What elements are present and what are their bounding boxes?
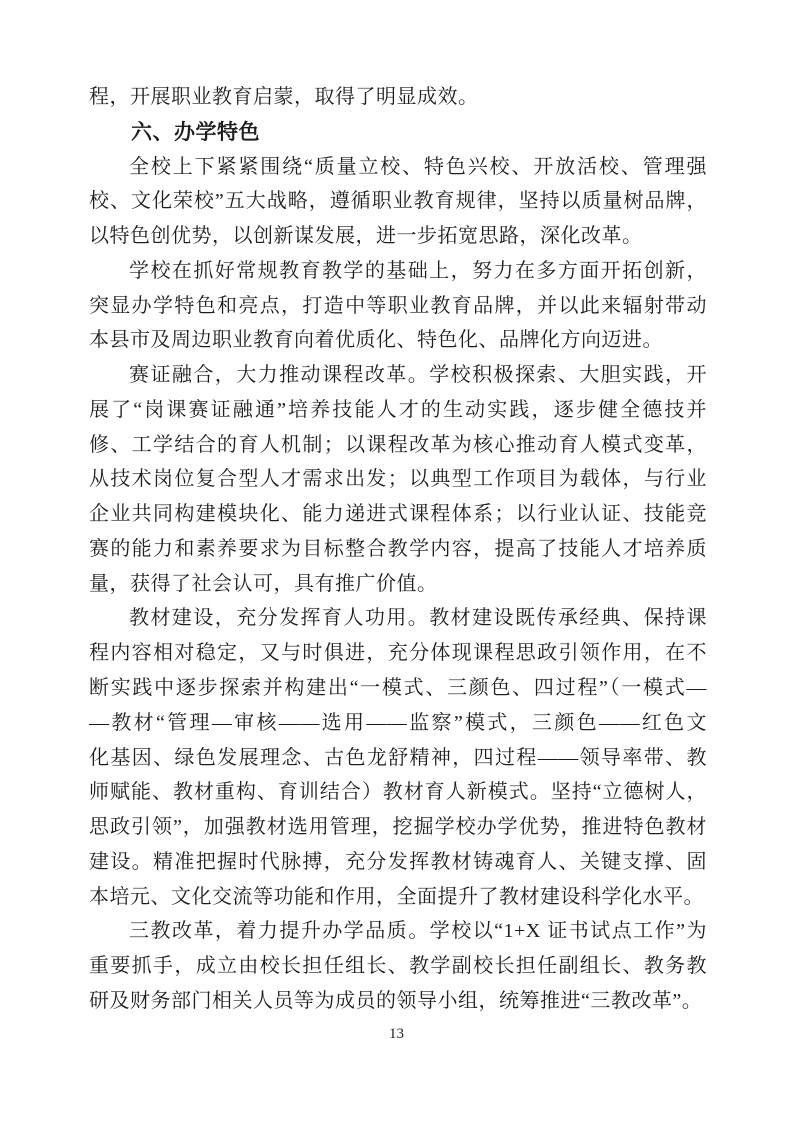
text-line: 研及财务部门相关人员等为成员的领导小组，统筹推进“三教改革”。 [89,984,707,1019]
text-line: 从技术岗位复合型人才需求出发；以典型工作项目为载体，与行业 [89,462,707,497]
text-line: 断实践中逐步探索并构建出“一模式、三颜色、四过程”（一模式— [89,671,707,706]
text-line: 程，开展职业教育启蒙，取得了明显成效。 [89,80,707,115]
text-line: 修、工学结合的育人机制；以课程改革为核心推动育人模式变革， [89,428,707,463]
text-line: 本培元、文化交流等功能和作用，全面提升了教材建设科学化水平。 [89,880,707,915]
text-line: 本县市及周边职业教育向着优质化、特色化、品牌化方向迈进。 [89,323,707,358]
text-line: 思政引领”，加强教材选用管理，挖掘学校办学优势，推进特色教材 [89,810,707,845]
text-line: 建设。精准把握时代脉搏，充分发挥教材铸魂育人、关键支撑、固 [89,845,707,880]
page-number: 13 [0,1024,793,1044]
section-heading: 六、办学特色 [89,115,707,150]
text-line: 企业共同构建模块化、能力递进式课程体系；以行业认证、技能竞 [89,497,707,532]
text-line: 以特色创优势，以创新谋发展，进一步拓宽思路，深化改革。 [89,219,707,254]
text-line: 师赋能、教材重构、育训结合）教材育人新模式。坚持“立德树人， [89,775,707,810]
text-line: 展了“岗课赛证融通”培养技能人才的生动实践，逐步健全德技并 [89,393,707,428]
text-line: 六、办学特色 [89,115,707,150]
document-page: 程，开展职业教育启蒙，取得了明显成效。六、办学特色全校上下紧紧围绕“质量立校、特… [0,0,793,1122]
paragraph: 赛证融合，大力推动课程改革。学校积极探索、大胆实践，开展了“岗课赛证融通”培养技… [89,358,707,601]
paragraph: 教材建设，充分发挥育人功用。教材建设既传承经典、保持课程内容相对稳定，又与时俱进… [89,601,707,914]
paragraph: 程，开展职业教育启蒙，取得了明显成效。 [89,80,707,115]
text-line: 赛的能力和素养要求为目标整合教学内容，提高了技能人才培养质 [89,532,707,567]
text-line: 程内容相对稳定，又与时俱进，充分体现课程思政引领作用，在不 [89,636,707,671]
paragraph: 全校上下紧紧围绕“质量立校、特色兴校、开放活校、管理强校、文化荣校”五大战略，遵… [89,150,707,254]
text-line: 校、文化荣校”五大战略，遵循职业教育规律，坚持以质量树品牌， [89,184,707,219]
text-line: 三教改革，着力提升办学品质。学校以“1+X 证书试点工作”为 [89,914,707,949]
paragraph: 学校在抓好常规教育教学的基础上，努力在多方面开拓创新，突显办学特色和亮点，打造中… [89,254,707,358]
text-line: 教材建设，充分发挥育人功用。教材建设既传承经典、保持课 [89,601,707,636]
text-line: 量，获得了社会认可，具有推广价值。 [89,567,707,602]
text-line: 全校上下紧紧围绕“质量立校、特色兴校、开放活校、管理强 [89,150,707,185]
text-line: 赛证融合，大力推动课程改革。学校积极探索、大胆实践，开 [89,358,707,393]
text-line: 突显办学特色和亮点，打造中等职业教育品牌，并以此来辐射带动 [89,289,707,324]
text-line: 学校在抓好常规教育教学的基础上，努力在多方面开拓创新， [89,254,707,289]
text-line: 重要抓手，成立由校长担任组长、教学副校长担任副组长、教务教 [89,949,707,984]
paragraph: 三教改革，着力提升办学品质。学校以“1+X 证书试点工作”为重要抓手，成立由校长… [89,914,707,1018]
text-line: —教材“管理—审核——选用——监察”模式，三颜色——红色文 [89,706,707,741]
text-line: 化基因、绿色发展理念、古色龙舒精神，四过程——领导率带、教 [89,741,707,776]
document-body: 程，开展职业教育启蒙，取得了明显成效。六、办学特色全校上下紧紧围绕“质量立校、特… [89,80,707,1019]
